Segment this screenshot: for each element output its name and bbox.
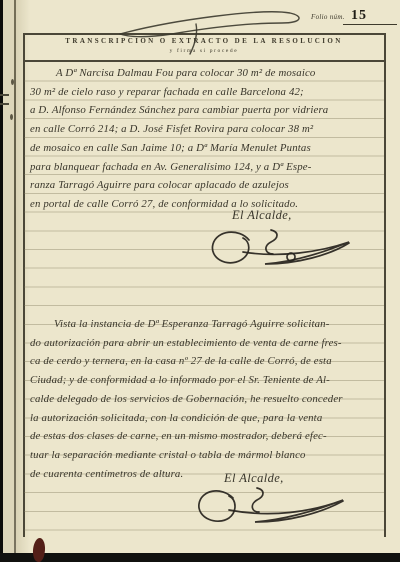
scanned-ledger-page: Folio núm. 15 TRANSCRIPCION O EXTRACTO D…: [0, 0, 400, 562]
signature-flourish-top: [112, 4, 312, 56]
ink-speck: [10, 114, 13, 120]
photo-edge-bottom: [0, 553, 400, 562]
mayor-signature-1: [205, 224, 355, 272]
header-box-bottom-border: [23, 60, 386, 62]
adjacent-frame-fragment: [0, 94, 9, 96]
ink-speck: [11, 79, 14, 85]
resolution-entry-1-text: A Dª Narcisa Dalmau Fou para colocar 30 …: [30, 64, 328, 214]
folio-label: Folio núm.: [311, 13, 345, 21]
mayor-signature-2: [193, 484, 348, 530]
folio-underline: [343, 24, 397, 25]
frame-right-border: [384, 33, 386, 537]
folio-number: 15: [351, 8, 367, 24]
photo-edge-left: [0, 0, 3, 562]
resolution-entry-1-signoff: El Alcalde,: [232, 208, 292, 223]
adjacent-frame-fragment: [0, 103, 9, 105]
resolution-entry-2-text: Vista la instancia de Dª Esperanza Tarra…: [30, 315, 343, 483]
binding-fold-line: [14, 0, 16, 553]
